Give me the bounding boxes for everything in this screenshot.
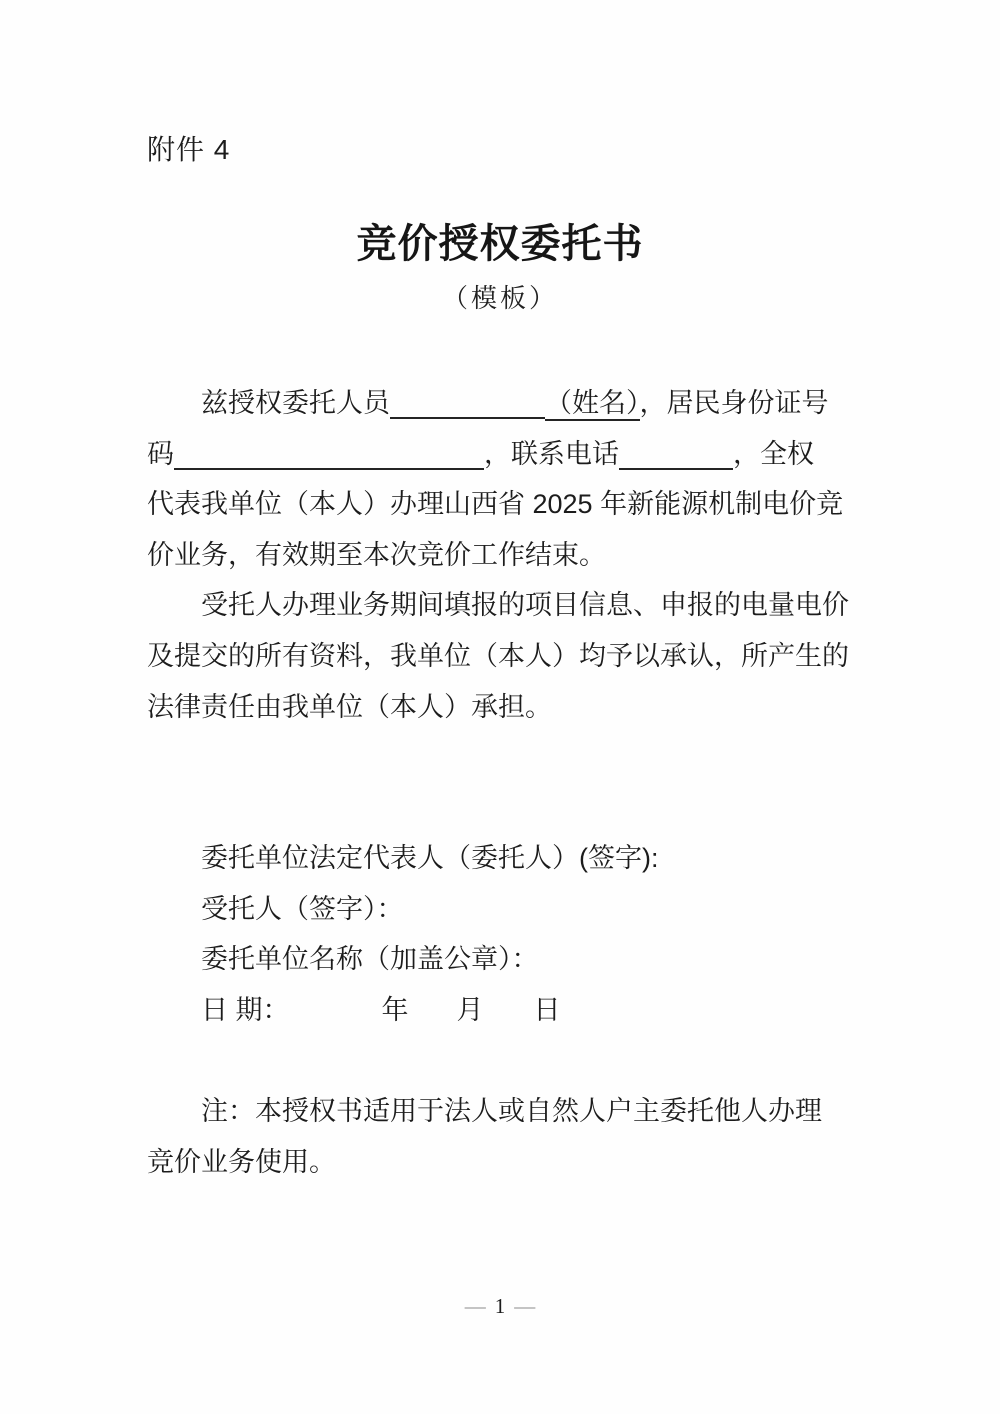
- principal-signature-line: 委托单位法定代表人（委托人）(签字):: [147, 833, 907, 884]
- text-line: 兹授权委托人员（姓名），居民身份证号: [147, 378, 907, 429]
- page-number: 1: [495, 1294, 506, 1318]
- text-line: 及提交的所有资料，我单位（本人）均予以承认，所产生的: [147, 631, 907, 682]
- text-line: 码，联系电话，全权: [147, 429, 907, 480]
- body-text: 兹授权委托人员（姓名），居民身份证号码，联系电话，全权代表我单位（本人）办理山西…: [147, 378, 907, 732]
- underlined-name-field: （姓名）: [545, 388, 640, 421]
- company-seal-line: 委托单位名称（加盖公章）：: [147, 934, 907, 985]
- note-line: 竞价业务使用。: [147, 1137, 907, 1188]
- signature-block: 委托单位法定代表人（委托人）(签字): 受托人（签字）： 委托单位名称（加盖公章…: [147, 833, 907, 1035]
- document-page: 附件 4 竞价授权委托书 （模板） 兹授权委托人员（姓名），居民身份证号码，联系…: [0, 0, 1000, 1414]
- day-label: 日: [534, 995, 561, 1025]
- liability-paragraph: 受托人办理业务期间填报的项目信息、申报的电量电价及提交的所有资料，我单位（本人）…: [147, 580, 907, 732]
- text-run: ，居民身份证号: [640, 388, 829, 418]
- text-run: 兹授权委托人员: [201, 388, 390, 418]
- document-title: 竞价授权委托书: [0, 220, 1000, 268]
- footer-dash-left: —: [456, 1294, 495, 1318]
- fill-in-blank: [174, 434, 484, 470]
- date-label: 日 期：: [201, 995, 290, 1025]
- text-line: 价业务，有效期至本次竞价工作结束。: [147, 530, 907, 581]
- note-line: 注：本授权书适用于法人或自然人户主委托他人办理: [147, 1086, 907, 1137]
- text-line: 法律责任由我单位（本人）承担。: [147, 682, 907, 733]
- attachment-label: 附件 4: [147, 134, 230, 166]
- authorization-paragraph: 兹授权委托人员（姓名），居民身份证号码，联系电话，全权代表我单位（本人）办理山西…: [147, 378, 907, 580]
- text-run: 受托人办理业务期间填报的项目信息、申报的电量电价: [201, 590, 849, 620]
- fill-in-blank: [390, 383, 545, 419]
- text-run: 码: [147, 439, 174, 469]
- text-run: ，联系电话: [484, 439, 619, 469]
- text-run: 代表我单位（本人）办理山西省 2025 年新能源机制电价竞: [147, 489, 843, 519]
- text-run: 价业务，有效期至本次竞价工作结束。: [147, 540, 606, 570]
- text-line: 受托人办理业务期间填报的项目信息、申报的电量电价: [147, 580, 907, 631]
- date-line: 日 期：年月日: [147, 985, 907, 1036]
- footer-dash-right: —: [505, 1294, 544, 1318]
- text-run: 法律责任由我单位（本人）承担。: [147, 692, 552, 722]
- agent-signature-line: 受托人（签字）：: [147, 884, 907, 935]
- year-label: 年: [382, 995, 409, 1025]
- text-run: ，全权: [733, 439, 814, 469]
- text-run: 及提交的所有资料，我单位（本人）均予以承认，所产生的: [147, 641, 849, 671]
- page-footer: —1—: [0, 1294, 1000, 1318]
- text-line: 代表我单位（本人）办理山西省 2025 年新能源机制电价竞: [147, 479, 907, 530]
- month-label: 月: [457, 995, 484, 1025]
- note-text: 注：本授权书适用于法人或自然人户主委托他人办理 竞价业务使用。: [147, 1086, 907, 1187]
- fill-in-blank: [619, 434, 733, 470]
- document-subtitle: （模板）: [0, 284, 1000, 314]
